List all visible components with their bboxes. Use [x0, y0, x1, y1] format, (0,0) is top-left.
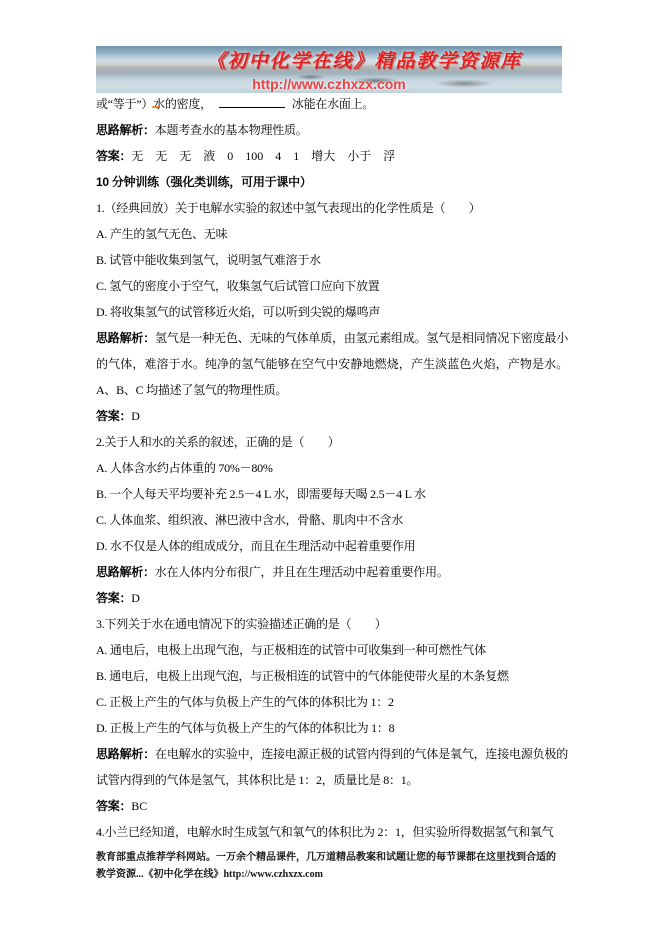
answer-label: 答案： — [96, 149, 131, 163]
answer-text: BC — [131, 799, 147, 813]
question-2-option-c: C. 人体血浆、组织液、淋巴液中含水，骨骼、肌肉中不含水 — [96, 507, 568, 533]
analysis-label: 思路解析： — [96, 123, 155, 137]
sentence-pre-text: 或“等于”）水的密度， — [96, 97, 212, 111]
question-4-stem: 4.小兰已经知道，电解水时生成氢气和氧气的体积比为 2：1，但实验所得数据氢气和… — [96, 819, 568, 845]
answer-text: 无 无 无 液 0 100 4 1 增大 小于 浮 — [131, 149, 395, 163]
question-2-option-d: D. 水不仅是人体的组成成分，而且在生理活动中起着重要作用 — [96, 533, 568, 559]
question-2-answer: 答案：D — [96, 585, 568, 611]
intro-analysis: 思路解析：本题考查水的基本物理性质。 — [96, 117, 568, 143]
sentence-post-text: 冰能在水面上。 — [292, 97, 374, 111]
answer-label: 答案： — [96, 799, 131, 813]
analysis-label: 思路解析： — [96, 331, 155, 345]
site-banner: 《初中化学在线》精品教学资源库 http://www.czhxzx.com — [96, 46, 562, 93]
footer-line: 教育部重点推荐学科网站。一万余个精品课件，几万道精品教案和试题让您的每节课都在这… — [96, 849, 566, 866]
question-3-stem: 3.下列关于水在通电情况下的实验描述正确的是（ ） — [96, 611, 568, 637]
question-2-analysis: 思路解析：水在人体内分布很广，并且在生理活动中起着重要作用。 — [96, 559, 568, 585]
analysis-text: 在电解水的实验中，连接电源正极的试管内得到的气体是氧气，连接电源负极的试管内得到… — [96, 747, 568, 787]
fill-blank-underline — [219, 96, 285, 108]
question-1-answer: 答案：D — [96, 403, 568, 429]
analysis-label: 思路解析： — [96, 747, 155, 761]
answer-label: 答案： — [96, 409, 131, 423]
question-3-answer: 答案：BC — [96, 793, 568, 819]
question-1-option-b: B. 试管中能收集到氢气，说明氢气难溶于水 — [96, 247, 568, 273]
question-1-analysis: 思路解析：氢气是一种无色、无味的气体单质，由氢元素组成。氢气是相同情况下密度最小… — [96, 325, 568, 403]
footer-line: 教学资源...《初中化学在线》http://www.czhxzx.com — [96, 866, 566, 883]
document-body: 或“等于”）水的密度，冰能在水面上。 思路解析：本题考查水的基本物理性质。 答案… — [96, 91, 568, 845]
intro-answer: 答案：无 无 无 液 0 100 4 1 增大 小于 浮 — [96, 143, 568, 169]
question-1-option-c: C. 氢气的密度小于空气，收集氢气后试管口应向下放置 — [96, 273, 568, 299]
banner-title: 《初中化学在线》精品教学资源库 — [166, 50, 562, 74]
question-2-option-b: B. 一个人每天平均要补充 2.5－4 L 水，即需要每天喝 2.5－4 L 水 — [96, 481, 568, 507]
analysis-text: 氢气是一种无色、无味的气体单质，由氢元素组成。氢气是相同情况下密度最小的气体，难… — [96, 331, 568, 397]
document-page: 《初中化学在线》精品教学资源库 http://www.czhxzx.com 或“… — [0, 0, 661, 935]
answer-text: D — [131, 409, 140, 423]
question-2-stem: 2.关于人和水的关系的叙述，正确的是（ ） — [96, 429, 568, 455]
question-3-analysis: 思路解析：在电解水的实验中，连接电源正极的试管内得到的气体是氧气，连接电源负极的… — [96, 741, 568, 793]
question-2-option-a: A. 人体含水约占体重的 70%－80% — [96, 455, 568, 481]
footer: 教育部重点推荐学科网站。一万余个精品课件，几万道精品教案和试题让您的每节课都在这… — [96, 849, 566, 883]
question-3-option-a: A. 通电后，电极上出现气泡，与正极相连的试管中可收集到一种可燃性气体 — [96, 637, 568, 663]
question-3-option-b: B. 通电后，电极上出现气泡，与正极相连的试管中的气体能使带火星的木条复燃 — [96, 663, 568, 689]
analysis-label: 思路解析： — [96, 565, 155, 579]
question-1-option-d: D. 将收集氢气的试管移近火焰，可以听到尖锐的爆鸣声 — [96, 299, 568, 325]
answer-label: 答案： — [96, 591, 131, 605]
question-3-option-d: D. 正极上产生的气体与负极上产生的气体的体积比为 1：8 — [96, 715, 568, 741]
answer-text: D — [131, 591, 140, 605]
question-1-stem: 1.（经典回放）关于电解水实验的叙述中氢气表现出的化学性质是（ ） — [96, 195, 568, 221]
question-3-option-c: C. 正极上产生的气体与负极上产生的气体的体积比为 1：2 — [96, 689, 568, 715]
analysis-text: 本题考查水的基本物理性质。 — [155, 123, 308, 137]
fill-in-blank-sentence: 或“等于”）水的密度，冰能在水面上。 — [96, 91, 568, 117]
analysis-text: 水在人体内分布很广，并且在生理活动中起着重要作用。 — [155, 565, 449, 579]
question-1-option-a: A. 产生的氢气无色、无味 — [96, 221, 568, 247]
section-heading: 10 分钟训练（强化类训练，可用于课中） — [96, 169, 568, 195]
